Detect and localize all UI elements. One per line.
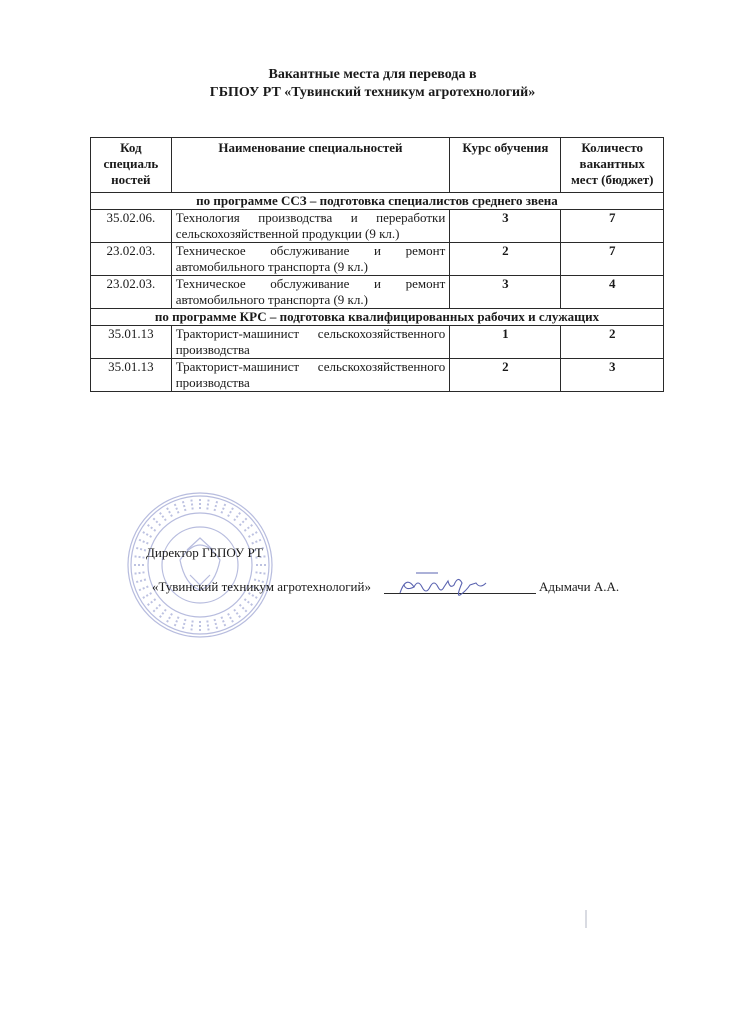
- header-course: Курс обучения: [450, 138, 561, 193]
- header-name: Наименование специальностей: [171, 138, 450, 193]
- header-vacancies: Количесто вакантных мест (бюджет): [561, 138, 664, 193]
- document-title: Вакантные места для перевода в ГБПОУ РТ …: [0, 66, 745, 102]
- cell-course: 1: [450, 326, 561, 359]
- section-row-krs: по программе КРС – подготовка квалифицир…: [91, 309, 664, 326]
- section-row-ssz: по программе ССЗ – подготовка специалист…: [91, 193, 664, 210]
- cell-name: Техническое обслуживание и ремонт автомо…: [171, 276, 450, 309]
- cell-name: Тракторист-машинист сельскохозяйственног…: [171, 326, 450, 359]
- cell-course: 2: [450, 359, 561, 392]
- table-row: 35.01.13 Тракторист-машинист сельскохозя…: [91, 359, 664, 392]
- cell-vacancies: 4: [561, 276, 664, 309]
- header-code: Код специаль ностей: [91, 138, 172, 193]
- organization-name: «Тувинский техникум агротехнологий»: [152, 579, 371, 595]
- cell-vacancies: 7: [561, 243, 664, 276]
- table-row: 23.02.03. Техническое обслуживание и рем…: [91, 276, 664, 309]
- cell-code: 35.01.13: [91, 326, 172, 359]
- signatory-name: Адымачи А.А.: [539, 579, 619, 595]
- cell-code: 23.02.03.: [91, 243, 172, 276]
- table-header-row: Код специаль ностей Наименование специал…: [91, 138, 664, 193]
- title-line-1: Вакантные места для перевода в: [0, 66, 745, 84]
- cell-code: 35.01.13: [91, 359, 172, 392]
- cell-name: Тракторист-машинист сельскохозяйственног…: [171, 359, 450, 392]
- handwritten-signature-icon: [396, 567, 506, 601]
- cell-code: 35.02.06.: [91, 210, 172, 243]
- vacancies-table: Код специаль ностей Наименование специал…: [90, 137, 664, 392]
- cell-code: 23.02.03.: [91, 276, 172, 309]
- section-title: по программе ССЗ – подготовка специалист…: [91, 193, 664, 210]
- cell-course: 3: [450, 276, 561, 309]
- table-row: 23.02.03. Техническое обслуживание и рем…: [91, 243, 664, 276]
- table-row: 35.02.06. Технология производства и пере…: [91, 210, 664, 243]
- official-stamp-icon: [125, 490, 275, 640]
- cell-vacancies: 3: [561, 359, 664, 392]
- cell-name: Технология производства и переработки се…: [171, 210, 450, 243]
- title-line-2: ГБПОУ РТ «Тувинский техникум агротехноло…: [0, 84, 745, 102]
- cell-vacancies: 2: [561, 326, 664, 359]
- cell-name: Техническое обслуживание и ремонт автомо…: [171, 243, 450, 276]
- cell-course: 3: [450, 210, 561, 243]
- section-title: по программе КРС – подготовка квалифицир…: [91, 309, 664, 326]
- table-row: 35.01.13 Тракторист-машинист сельскохозя…: [91, 326, 664, 359]
- cell-course: 2: [450, 243, 561, 276]
- scan-artifact: [585, 910, 587, 928]
- cell-vacancies: 7: [561, 210, 664, 243]
- director-title: Директор ГБПОУ РТ: [146, 545, 263, 561]
